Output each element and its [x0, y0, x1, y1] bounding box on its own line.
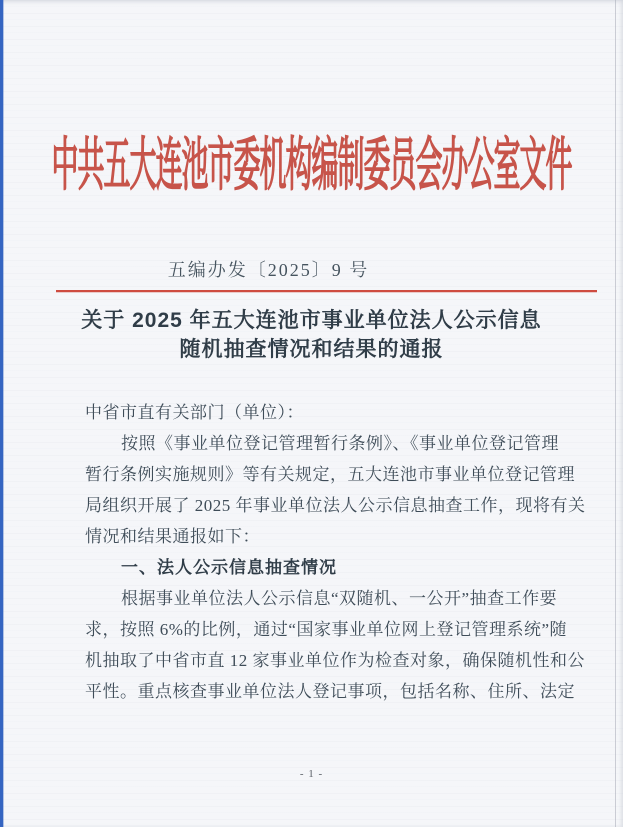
scan-edge-strip — [0, 0, 4, 827]
body-line: 机抽取了中省市直 12 家事业单位作为检查对象，确保随机性和公 — [85, 645, 545, 676]
body-line: 情况和结果通报如下： — [85, 521, 545, 552]
document-number: 五编办发〔2025〕9 号 — [168, 256, 370, 282]
subject-title-line2: 随机抽查情况和结果的通报 — [40, 335, 583, 364]
subject-title-line1: 关于 2025 年五大连池市事业单位法人公示信息 — [40, 306, 583, 335]
body-line: 按照《事业单位登记管理暂行条例》、《事业单位登记管理 — [85, 428, 545, 459]
subject-title: 关于 2025 年五大连池市事业单位法人公示信息 随机抽查情况和结果的通报 — [40, 306, 583, 364]
body-line: 根据事业单位法人公示信息“双随机、一公开”抽查工作要 — [85, 583, 545, 614]
body-line: 平性。重点核查事业单位法人登记事项，包括名称、住所、法定 — [85, 676, 545, 707]
body-line: 求，按照 6%的比例，通过“国家事业单位网上登记管理系统”随 — [85, 614, 545, 645]
body-line: 中省市直有关部门（单位）： — [85, 397, 545, 428]
scanned-document-page: 中共五大连池市委机构编制委员会办公室文件 五编办发〔2025〕9 号 关于 20… — [0, 0, 623, 827]
body-lines: 中省市直有关部门（单位）：按照《事业单位登记管理暂行条例》、《事业单位登记管理暂… — [85, 397, 545, 707]
body-line: 暂行条例实施规则》等有关规定，五大连池市事业单位登记管理 — [85, 459, 545, 490]
scan-edge-line — [615, 0, 616, 827]
body-section-heading: 一、法人公示信息抽查情况 — [85, 552, 545, 583]
page-number: - 1 - — [0, 768, 623, 780]
body-line: 局组织开展了 2025 年事业单位法人公示信息抽查工作，现将有关 — [85, 490, 545, 521]
red-separator-rule — [56, 290, 597, 292]
document-header-title: 中共五大连池市委机构编制委员会办公室文件 — [52, 137, 572, 195]
